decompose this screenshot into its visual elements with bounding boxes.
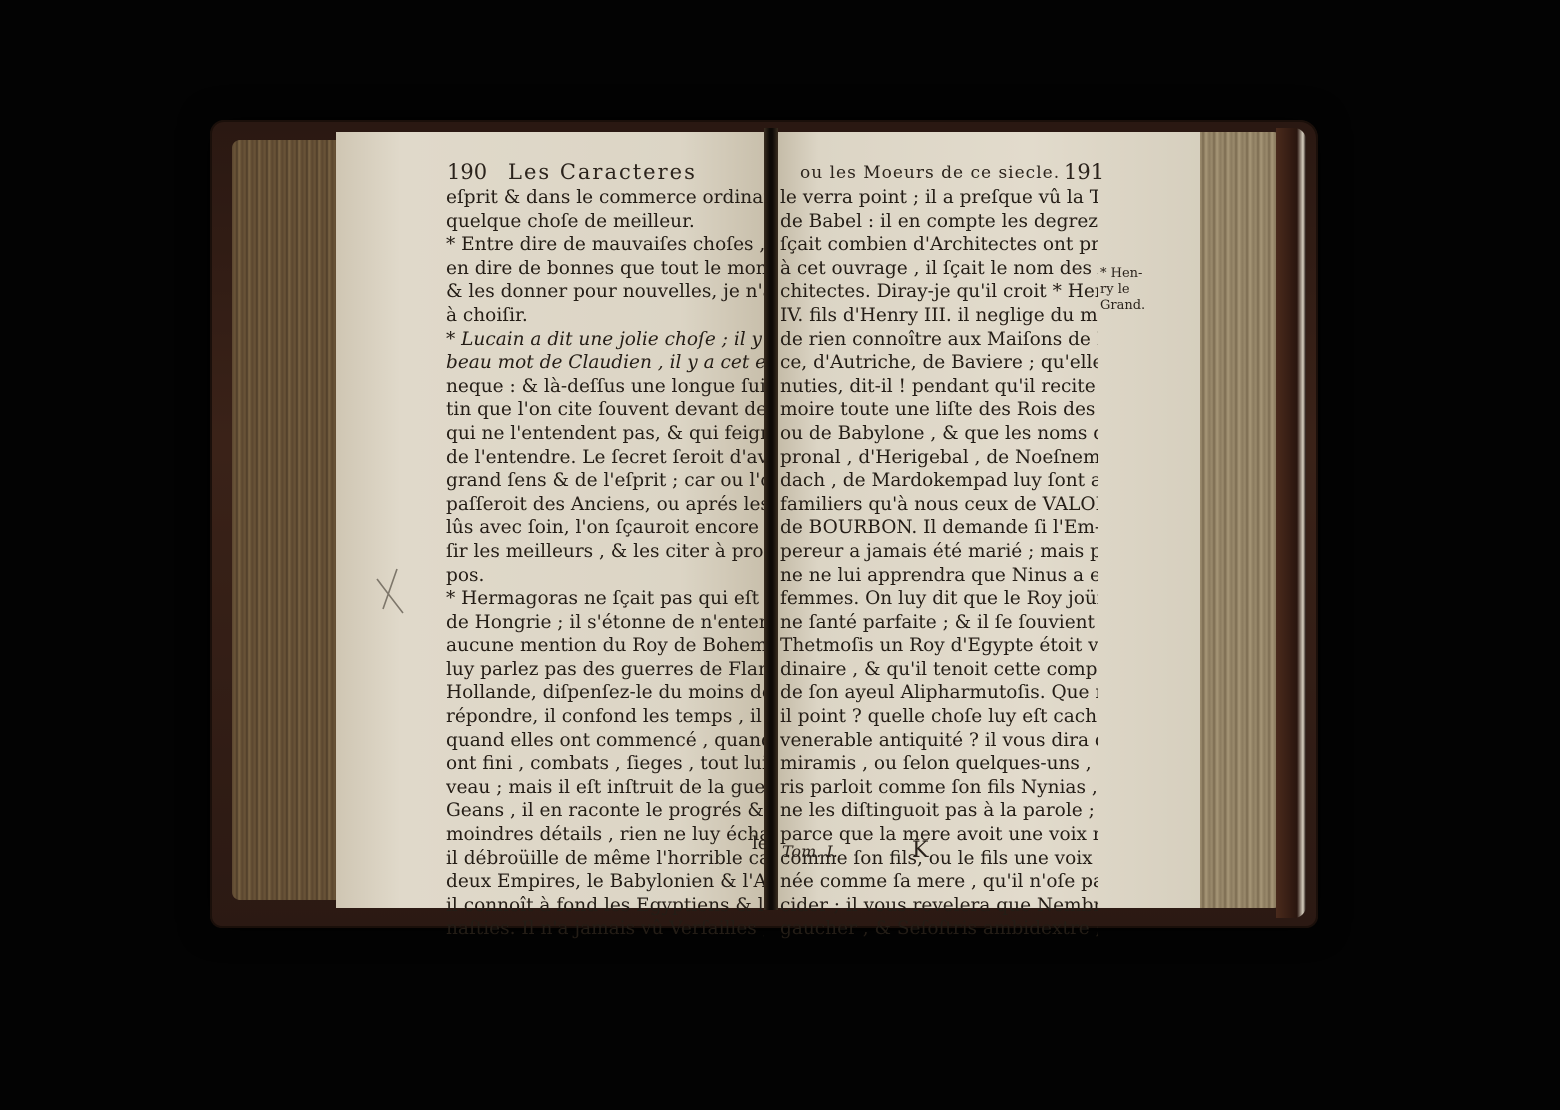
- margin-note: * Hen- ry le Grand.: [1100, 266, 1145, 314]
- left-page-text: eſprit & dans le commerce ordinaire, de …: [446, 186, 764, 941]
- text-line: beau mot de Claudien , il y a cet endroi…: [446, 351, 764, 375]
- right-cover-edge: [1276, 128, 1306, 918]
- text-line: aucune mention du Roy de Boheme : ne: [446, 634, 764, 658]
- text-line: de l'entendre. Le ſecret ſeroit d'avoir …: [446, 446, 764, 470]
- text-line: Hollande, diſpenſez-le du moins de vous: [446, 681, 764, 705]
- text-line: ont fini , combats , ſieges , tout lui e…: [446, 752, 764, 776]
- text-line: gaucher , & Seſoſtris ambidextre ; que: [780, 917, 1098, 941]
- text-line: ris parloit comme ſon fils Nynias , qu'o…: [780, 776, 1098, 800]
- text-line: à cet ouvrage , il ſçait le nom des Ar-: [780, 257, 1098, 281]
- text-line: nuties, dit-il ! pendant qu'il recite de…: [780, 375, 1098, 399]
- text-line: née comme ſa mere , qu'il n'oſe pas le d…: [780, 870, 1098, 894]
- margin-note-line: Grand.: [1100, 298, 1145, 314]
- text-line: deux Empires, le Babylonien & l'Aſſyrien…: [446, 870, 764, 894]
- text-line: familiers qu'à nous ceux de VALOIS &: [780, 493, 1098, 517]
- right-page-edges: [1198, 132, 1280, 908]
- text-line: dinaire , & qu'il tenoit cette complexio…: [780, 658, 1098, 682]
- text-line: il débroüille de même l'horrible cahos d…: [446, 847, 764, 871]
- text-line: chitectes. Diray-je qu'il croit * Henry: [780, 280, 1098, 304]
- volume-signature: Tom. I.: [782, 842, 838, 861]
- text-line: Thetmoſis un Roy d'Egypte étoit valetu-: [780, 634, 1098, 658]
- text-line: * Hermagoras ne ſçait pas qui eſt Roy: [446, 587, 764, 611]
- text-line: femmes. On luy dit que le Roy joüit d'u-: [780, 587, 1098, 611]
- text-line: ne les diſtinguoit pas à la parole ; ſi …: [780, 799, 1098, 823]
- text-line: luy parlez pas des guerres de Flandre & …: [446, 658, 764, 682]
- text-line: tin que l'on cite ſouvent devant des gen…: [446, 398, 764, 422]
- text-line: * Entre dire de mauvaiſes choſes , ou: [446, 233, 764, 257]
- text-line: paſſeroit des Anciens, ou aprés les avoi…: [446, 493, 764, 517]
- text-line: de rien connoître aux Maiſons de Fran-: [780, 328, 1098, 352]
- text-line: moire toute une liſte des Rois des Medes…: [780, 398, 1098, 422]
- pencil-x-mark-icon: [375, 565, 405, 615]
- text-line: ne ne lui apprendra que Ninus a eu deux: [780, 564, 1098, 588]
- text-line: lûs avec ſoin, l'on ſçauroit encore choi…: [446, 516, 764, 540]
- text-line: il connoît à fond les Egyptiens & leurs …: [446, 894, 764, 918]
- text-line: quand elles ont commencé , quand elles: [446, 729, 764, 753]
- right-running-head: ou les Moeurs de ce siecle.: [800, 163, 1060, 183]
- text-line: de Hongrie ; il s'étonne de n'entendre f…: [446, 611, 764, 635]
- text-line: ne ſanté parfaite ; & il ſe ſouvient que: [780, 611, 1098, 635]
- text-line: cider ; il vous revelera que Nembrot éto…: [780, 894, 1098, 918]
- text-line: de Babel : il en compte les degrez, il: [780, 210, 1098, 234]
- left-catchword: le: [752, 833, 768, 854]
- text-line: à choiſir.: [446, 304, 764, 328]
- text-line: miramis , ou ſelon quelques-uns , Serima…: [780, 752, 1098, 776]
- book-gutter: [764, 128, 778, 910]
- margin-note-line: * Hen-: [1100, 266, 1145, 282]
- text-line: de ſon ayeul Alipharmutoſis. Que ne ſçai…: [780, 681, 1098, 705]
- text-line: Geans , il en raconte le progrés & les: [446, 799, 764, 823]
- text-line: en dire de bonnes que tout le monde ſçai…: [446, 257, 764, 281]
- text-line: IV. fils d'Henry III. il neglige du moin…: [780, 304, 1098, 328]
- text-line: le verra point ; il a preſque vû la Tour: [780, 186, 1098, 210]
- text-line: ſir les meilleurs , & les citer à pro-: [446, 540, 764, 564]
- text-line: ce, d'Autriche, de Baviere ; qu'elles mi…: [780, 351, 1098, 375]
- text-line: pronal , d'Herigebal , de Noeſnemor-: [780, 446, 1098, 470]
- text-line: moindres détails , rien ne luy échape ;: [446, 823, 764, 847]
- text-line: eſprit & dans le commerce ordinaire, de: [446, 186, 764, 210]
- margin-note-line: ry le: [1100, 282, 1145, 298]
- text-line: * Lucain a dit une jolie choſe ; il y a …: [446, 328, 764, 352]
- left-running-head: Les Caracteres: [508, 160, 697, 184]
- text-line: naſties. Il n'a jamais vû Verſailles , i…: [446, 917, 764, 941]
- text-line: grand ſens & de l'eſprit ; car ou l'on ſ…: [446, 469, 764, 493]
- text-line: pereur a jamais été marié ; mais perſon-: [780, 540, 1098, 564]
- text-line: dach , de Mardokempad luy ſont auſſi: [780, 469, 1098, 493]
- text-line: pos.: [446, 564, 764, 588]
- right-page-text: le verra point ; il a preſque vû la Tour…: [780, 186, 1098, 941]
- text-line: neque : & là-deſſus une longue ſuite de …: [446, 375, 764, 399]
- gathering-signature: K: [912, 838, 928, 863]
- text-line: de BOURBON. Il demande ſi l'Em-: [780, 516, 1098, 540]
- text-line: quelque choſe de meilleur.: [446, 210, 764, 234]
- text-line: veau ; mais il eſt inſtruit de la guerre…: [446, 776, 764, 800]
- text-line: & les donner pour nouvelles, je n'ay pas: [446, 280, 764, 304]
- text-line: ſçait combien d'Architectes ont preſidé: [780, 233, 1098, 257]
- left-page-number: 190: [447, 160, 487, 184]
- text-line: ou de Babylone , & que les noms d'A-: [780, 422, 1098, 446]
- text-line: répondre, il confond les temps , il igno…: [446, 705, 764, 729]
- text-line: venerable antiquité ? il vous dira que S…: [780, 729, 1098, 753]
- text-line: qui ne l'entendent pas, & qui feignent: [446, 422, 764, 446]
- text-line: il point ? quelle choſe luy eſt cachée d…: [780, 705, 1098, 729]
- left-page-edges: [232, 140, 340, 900]
- right-page-number: 191: [1064, 160, 1104, 184]
